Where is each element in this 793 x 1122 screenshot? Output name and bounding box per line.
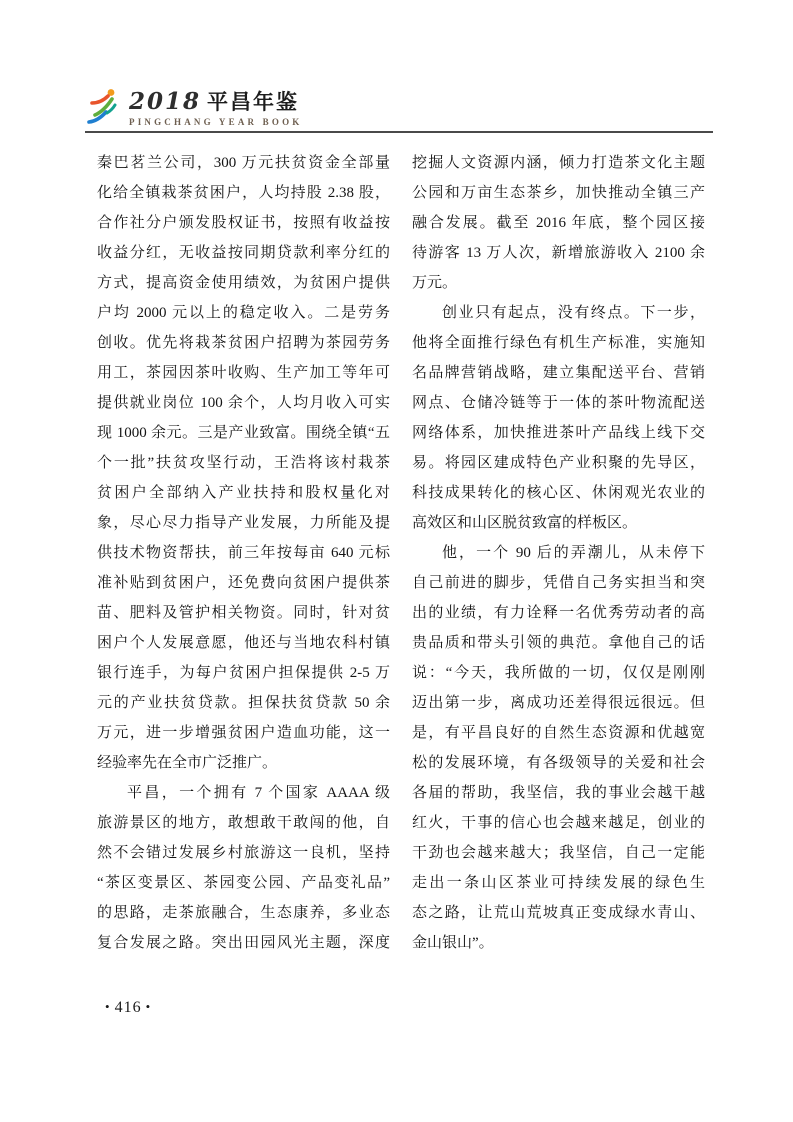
text-line: 万元，进一步增强贫困户造血功能，这一	[97, 718, 390, 748]
text-line: 是，有平昌良好的自然生态资源和优越宽	[412, 718, 705, 748]
text-line: 易。将园区建成特色产业积聚的先导区，	[412, 448, 705, 478]
text-column-left: 秦巴茗兰公司，300 万元扶贫资金全部量化给全镇栽茶贫困户，人均持股 2.38 …	[97, 148, 390, 958]
text-line: 待游客 13 万人次，新增旅游收入 2100 余	[412, 238, 705, 268]
text-line: 红火，干事的信心也会越来越足，创业的	[412, 808, 705, 838]
text-line: 贵品质和带头引领的典范。拿他自己的话	[412, 628, 705, 658]
text-line: 他，一个 90 后的弄潮儿，从未停下	[412, 538, 705, 568]
text-line: 融合发展。截至 2016 年底，整个园区接	[412, 208, 705, 238]
text-line: 干劲也会越来越大；我坚信，自己一定能	[412, 838, 705, 868]
text-line: 用工，茶园因茶叶收购、生产加工等年可	[97, 358, 390, 388]
yearbook-logo: 2018 平昌年鉴 PINGCHANG YEAR BOOK	[85, 86, 713, 127]
text-line: 松的发展环境，有各级领导的关爱和社会	[412, 748, 705, 778]
text-line: 网点、仓储冷链等于一体的茶叶物流配送	[412, 388, 705, 418]
text-line: 网络体系，加快推进茶叶产品线上线下交	[412, 418, 705, 448]
text-line: 走出一条山区茶业可持续发展的绿色生	[412, 868, 705, 898]
text-line: 他将全面推行绿色有机生产标准，实施知	[412, 328, 705, 358]
text-line: 挖掘人文资源内涵，倾力打造茶文化主题	[412, 148, 705, 178]
text-line: 元的产业扶贫贷款。担保扶贫贷款 50 余	[97, 688, 390, 718]
text-line: 现 1000 余元。三是产业致富。围绕全镇“五	[97, 418, 390, 448]
text-line: 化给全镇栽茶贫困户，人均持股 2.38 股，	[97, 178, 390, 208]
text-line: “茶区变景区、茶园变公园、产品变礼品”	[97, 868, 390, 898]
text-line: 公园和万亩生态茶乡，加快推动全镇三产	[412, 178, 705, 208]
text-line: 苗、肥料及管护相关物资。同时，针对贫	[97, 598, 390, 628]
text-line: 高效区和山区脱贫致富的样板区。	[412, 508, 705, 538]
logo-text-block: 2018 平昌年鉴 PINGCHANG YEAR BOOK	[129, 86, 302, 127]
text-line: 各届的帮助，我坚信，我的事业会越干越	[412, 778, 705, 808]
text-line: 迈出第一步，离成功还差得很远很远。但	[412, 688, 705, 718]
text-line: 准补贴到贫困户，还免费向贫困户提供茶	[97, 568, 390, 598]
text-line: 银行连手，为每户贫困户担保提供 2-5 万	[97, 658, 390, 688]
text-column-right: 挖掘人文资源内涵，倾力打造茶文化主题公园和万亩生态茶乡，加快推动全镇三产融合发展…	[412, 148, 705, 958]
text-line: 万元。	[412, 268, 705, 298]
text-line: 创业只有起点，没有终点。下一步，	[412, 298, 705, 328]
text-line: 旅游景区的地方，敢想敢干敢闯的他，自	[97, 808, 390, 838]
text-line: 平昌，一个拥有 7 个国家 AAAA 级	[97, 778, 390, 808]
text-line: 秦巴茗兰公司，300 万元扶贫资金全部量	[97, 148, 390, 178]
page-body: 秦巴茗兰公司，300 万元扶贫资金全部量化给全镇栽茶贫困户，人均持股 2.38 …	[97, 148, 705, 958]
text-line: 说：“今天，我所做的一切，仅仅是刚刚	[412, 658, 705, 688]
text-line: 贫困户全部纳入产业扶持和股权量化对	[97, 478, 390, 508]
logo-title-zh: 平昌年鉴	[207, 86, 299, 116]
page-footer: •416•	[101, 999, 155, 1017]
text-line: 然不会错过发展乡村旅游这一良机，坚持	[97, 838, 390, 868]
text-line: 态之路，让荒山荒坡真正变成绿水青山、	[412, 898, 705, 928]
logo-year: 2018	[129, 88, 201, 115]
text-line: 的思路，走茶旅融合，生态康养，多业态	[97, 898, 390, 928]
text-line: 供技术物资帮扶，前三年按每亩 640 元标	[97, 538, 390, 568]
text-line: 自己前进的脚步，凭借自己务实担当和突	[412, 568, 705, 598]
text-line: 名品牌营销战略，建立集配送平台、营销	[412, 358, 705, 388]
yearbook-page: 2018 平昌年鉴 PINGCHANG YEAR BOOK 秦巴茗兰公司，300…	[0, 0, 793, 1122]
text-line: 创收。优先将栽茶贫困户招聘为茶园劳务	[97, 328, 390, 358]
logo-title-en: PINGCHANG YEAR BOOK	[129, 117, 302, 127]
text-line: 提供就业岗位 100 余个，人均月收入可实	[97, 388, 390, 418]
text-line: 方式，提高资金使用绩效，为贫困户提供	[97, 268, 390, 298]
text-line: 象，尽心尽力指导产业发展，力所能及提	[97, 508, 390, 538]
text-line: 收益分红，无收益按同期贷款利率分红的	[97, 238, 390, 268]
text-line: 出的业绩，有力诠释一名优秀劳动者的高	[412, 598, 705, 628]
footer-dot-right: •	[142, 999, 156, 1014]
text-line: 个一批”扶贫攻坚行动，王浩将该村栽茶	[97, 448, 390, 478]
text-line: 合作社分户颁发股权证书，按照有收益按	[97, 208, 390, 238]
yearbook-logo-icon	[85, 86, 125, 126]
text-line: 户均 2000 元以上的稳定收入。二是劳务	[97, 298, 390, 328]
text-line: 复合发展之路。突出田园风光主题，深度	[97, 928, 390, 958]
text-line: 困户个人发展意愿，他还与当地农科村镇	[97, 628, 390, 658]
header-rule	[85, 131, 713, 133]
footer-dot-left: •	[101, 999, 115, 1014]
page-header: 2018 平昌年鉴 PINGCHANG YEAR BOOK	[85, 86, 713, 133]
text-line: 经验率先在全市广泛推广。	[97, 748, 390, 778]
page-number: 416	[115, 999, 142, 1016]
text-line: 科技成果转化的核心区、休闲观光农业的	[412, 478, 705, 508]
text-line: 金山银山”。	[412, 928, 705, 958]
